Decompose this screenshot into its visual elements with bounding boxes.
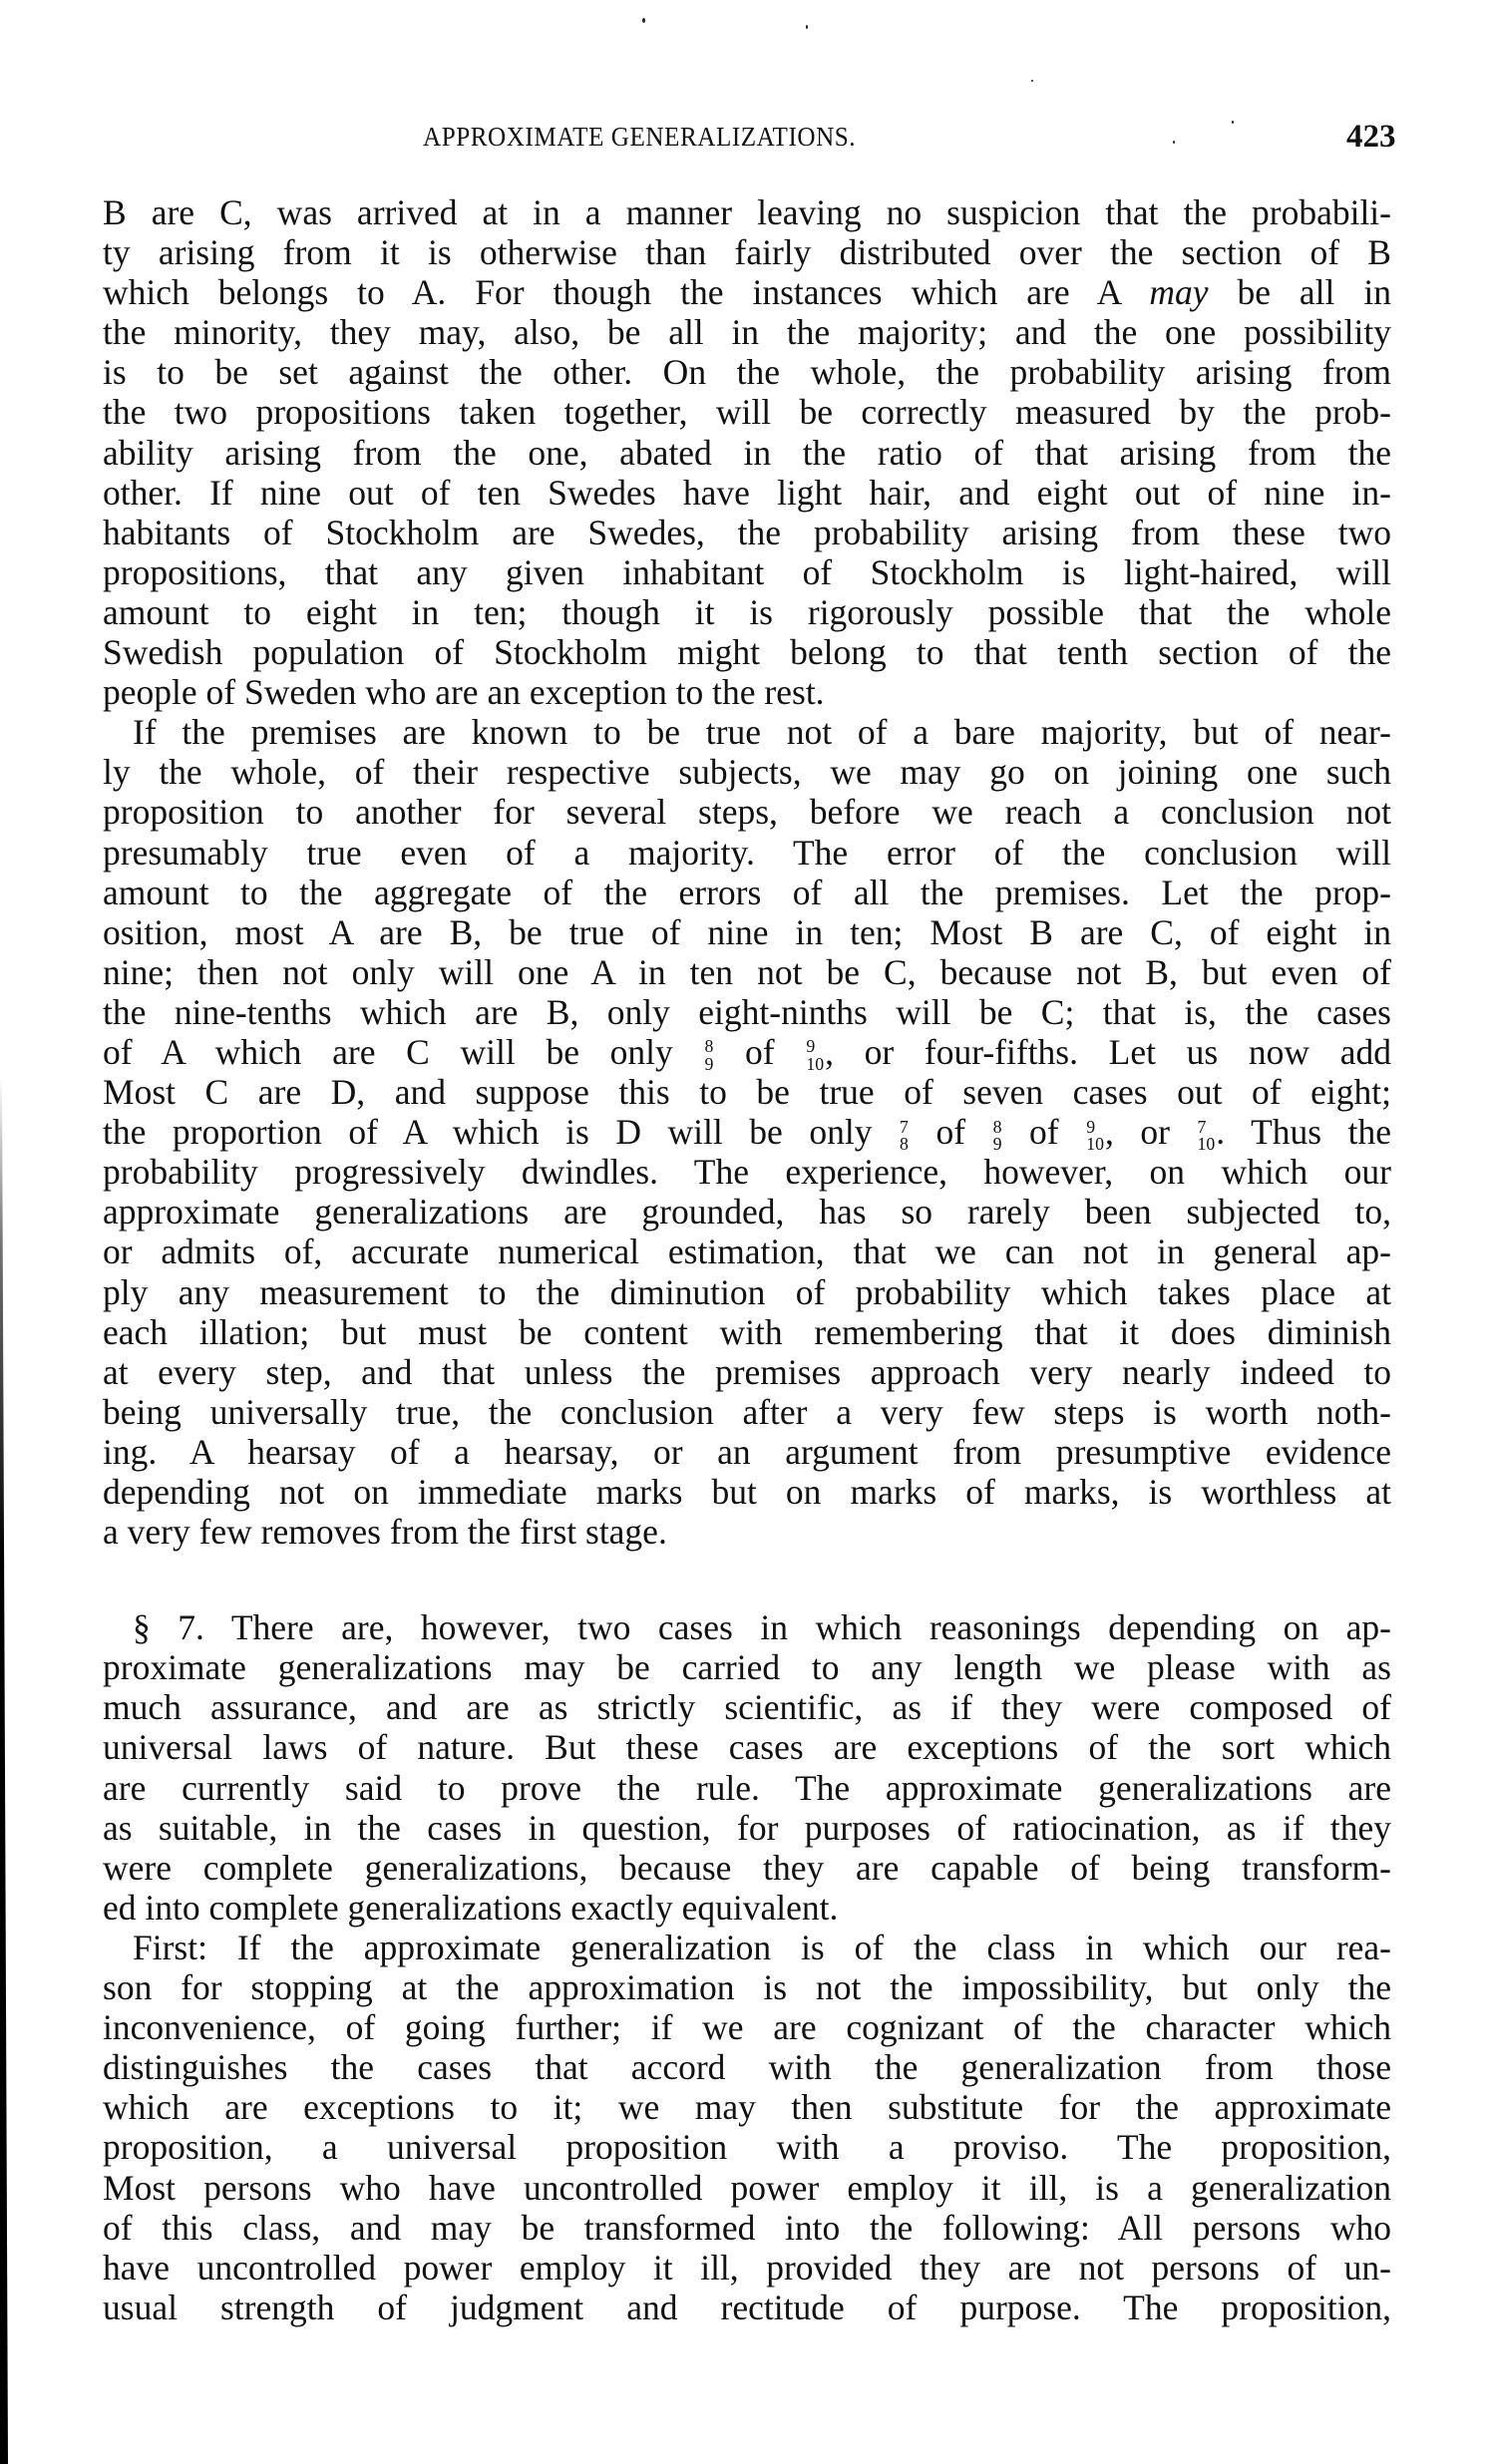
text-line: proposition, a universal proposition wit… — [103, 2127, 1391, 2167]
scan-speck — [1031, 80, 1033, 82]
text-line: approximate generalizations are grounded… — [103, 1192, 1391, 1232]
text-line: B are C, was arrived at in a manner leav… — [103, 192, 1391, 232]
text-line: ed into complete generalizations exactly… — [103, 1888, 1391, 1928]
text-line: proximate generalizations may be carried… — [103, 1647, 1391, 1687]
text-line: a very few removes from the first stage. — [103, 1512, 1391, 1552]
text-line: ly the whole, of their respective subjec… — [103, 752, 1391, 792]
text-line: people of Sweden who are an exception to… — [103, 672, 1391, 712]
italic-emphasis: may — [1149, 272, 1208, 312]
running-head-title: APPROXIMATE GENERALIZATIONS. — [423, 122, 856, 153]
fraction: 89 — [993, 1119, 1002, 1155]
text-line: the proportion of A which is D will be o… — [103, 1112, 1391, 1152]
fraction: 78 — [900, 1119, 909, 1155]
text-line: of A which are C will be only 89 of 910,… — [103, 1032, 1391, 1072]
text-line: depending not on immediate marks but on … — [103, 1472, 1391, 1512]
text-line: ing. A hearsay of a hearsay, or an argum… — [103, 1432, 1391, 1472]
text-line: the two propositions taken together, wil… — [103, 392, 1391, 432]
fraction: 910 — [806, 1038, 824, 1074]
text-line: each illation; but must be content with … — [103, 1312, 1391, 1352]
text-line: Most persons who have uncontrolled power… — [103, 2168, 1391, 2208]
text-line: First: If the approximate generalization… — [103, 1928, 1391, 1967]
text-line: Most C are D, and suppose this to be tru… — [103, 1072, 1391, 1112]
text-line: much assurance, and are as strictly scie… — [103, 1687, 1391, 1727]
paragraph: B are C, was arrived at in a manner leav… — [103, 192, 1391, 712]
text-line: presumably true even of a majority. The … — [103, 833, 1391, 873]
section-gap — [103, 1552, 1391, 1607]
text-line: usual strength of judgment and rectitude… — [103, 2288, 1391, 2327]
page-number: 423 — [1346, 119, 1396, 156]
text-line: probability progressively dwindles. The … — [103, 1152, 1391, 1192]
text-line: son for stopping at the approximation is… — [103, 1967, 1391, 2007]
text-line: which are exceptions to it; we may then … — [103, 2087, 1391, 2127]
text-line: inconvenience, of going further; if we a… — [103, 2007, 1391, 2047]
text-line: have uncontrolled power employ it ill, p… — [103, 2248, 1391, 2288]
paragraph: First: If the approximate generalization… — [103, 1928, 1391, 2327]
running-head: APPROXIMATE GENERALIZATIONS. 423 — [0, 122, 1490, 162]
text-line: at every step, and that unless the premi… — [103, 1352, 1391, 1392]
scan-speck — [806, 25, 808, 29]
paragraph: § 7. There are, however, two cases in wh… — [103, 1607, 1391, 1928]
text-line: ability arising from the one, abated in … — [103, 433, 1391, 473]
text-line: other. If nine out of ten Swedes have li… — [103, 473, 1391, 513]
text-line: is to be set against the other. On the w… — [103, 352, 1391, 392]
scan-speck — [642, 18, 645, 23]
text-line: were complete generalizations, because t… — [103, 1848, 1391, 1888]
text-line: universal laws of nature. But these case… — [103, 1727, 1391, 1767]
text-line: § 7. There are, however, two cases in wh… — [103, 1607, 1391, 1647]
text-line: being universally true, the conclusion a… — [103, 1392, 1391, 1432]
page-edge-shadow — [0, 1077, 8, 2464]
text-line: the minority, they may, also, be all in … — [103, 312, 1391, 352]
text-line: If the premises are known to be true not… — [103, 712, 1391, 752]
text-line: the nine-tenths which are B, only eight-… — [103, 992, 1391, 1032]
text-line: are currently said to prove the rule. Th… — [103, 1768, 1391, 1808]
body-text: B are C, was arrived at in a manner leav… — [103, 192, 1391, 2327]
text-line: distinguishes the cases that accord with… — [103, 2047, 1391, 2087]
fraction: 89 — [704, 1038, 713, 1074]
fraction: 910 — [1086, 1119, 1104, 1155]
paragraph: If the premises are known to be true not… — [103, 712, 1391, 1552]
text-line: proposition to another for several steps… — [103, 792, 1391, 832]
fraction: 710 — [1198, 1119, 1216, 1155]
text-line: of this class, and may be transformed in… — [103, 2208, 1391, 2248]
text-line: ply any measurement to the diminution of… — [103, 1272, 1391, 1312]
text-line: as suitable, in the cases in question, f… — [103, 1808, 1391, 1848]
text-line: nine; then not only will one A in ten no… — [103, 952, 1391, 992]
text-line: Swedish population of Stockholm might be… — [103, 632, 1391, 672]
text-line: amount to the aggregate of the errors of… — [103, 873, 1391, 912]
text-line: propositions, that any given inhabitant … — [103, 552, 1391, 592]
text-line: ty arising from it is otherwise than fai… — [103, 232, 1391, 272]
text-line: which belongs to A. For though the insta… — [103, 272, 1391, 312]
text-line: amount to eight in ten; though it is rig… — [103, 592, 1391, 632]
text-line: habitants of Stockholm are Swedes, the p… — [103, 513, 1391, 552]
text-line: osition, most A are B, be true of nine i… — [103, 912, 1391, 952]
text-line: or admits of, accurate numerical estimat… — [103, 1232, 1391, 1271]
